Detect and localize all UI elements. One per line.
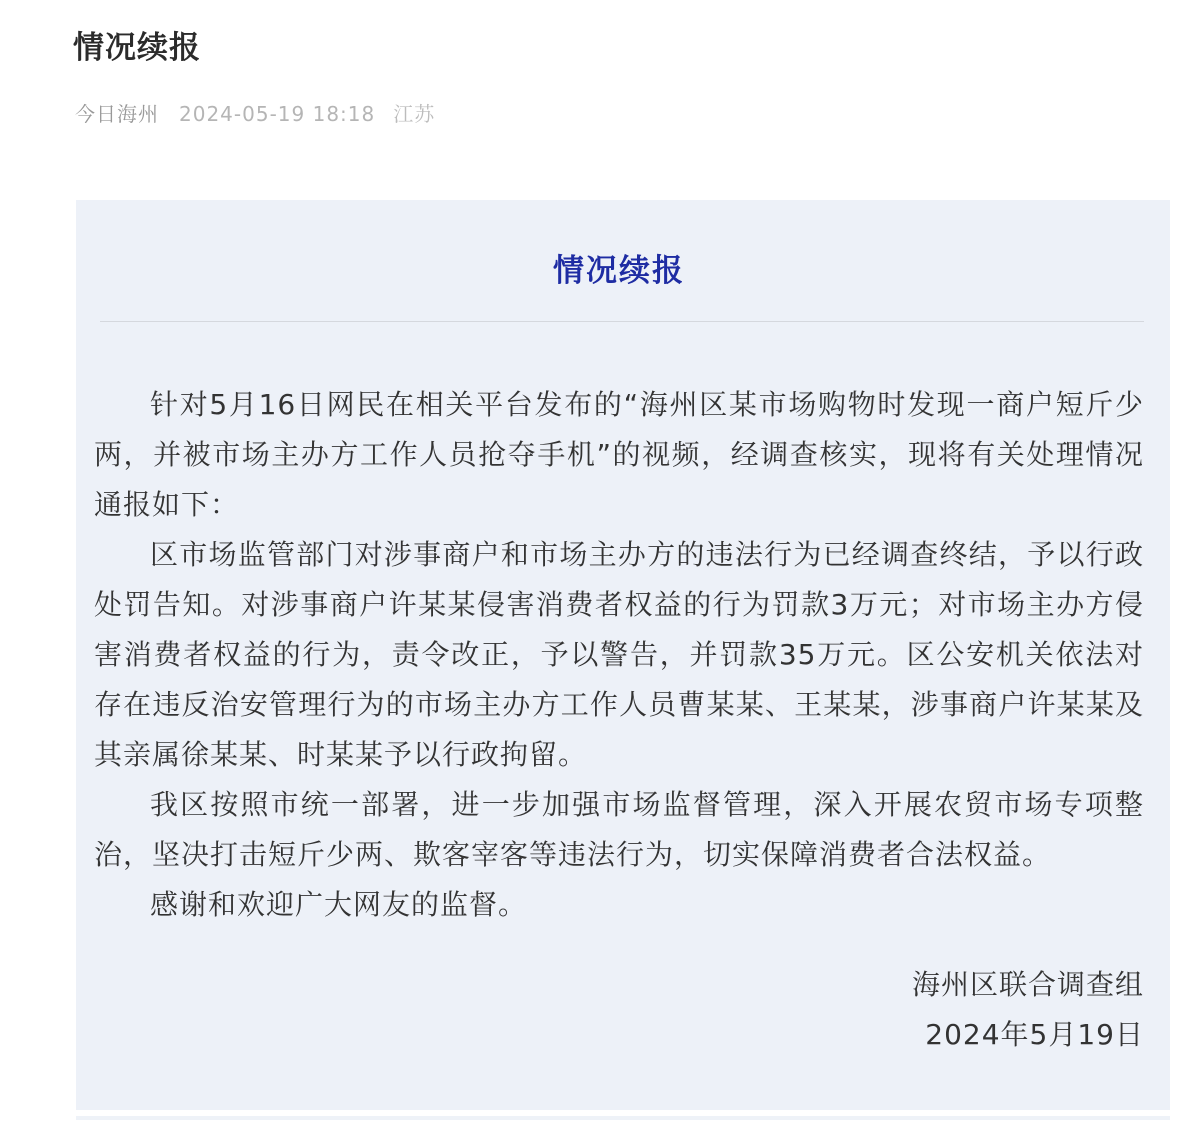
notice-paragraph-2: 区市场监管部门对涉事商户和市场主办方的违法行为已经调查终结，予以行政处罚告知。对…	[94, 530, 1144, 780]
notice-paragraph-3: 我区按照市统一部署，进一步加强市场监督管理，深入开展农贸市场专项整治，坚决打击短…	[94, 780, 1144, 880]
byline-source: 今日海州	[75, 102, 159, 126]
byline-region: 江苏	[393, 102, 435, 126]
signature-org: 海州区联合调查组	[94, 960, 1144, 1010]
notice-title: 情况续报	[94, 250, 1144, 292]
title-divider	[100, 321, 1144, 322]
notice-paragraph-4: 感谢和欢迎广大网友的监督。	[94, 880, 1144, 930]
signature-block: 海州区联合调查组 2024年5月19日	[94, 960, 1144, 1060]
notice-paragraph-1: 针对5月16日网民在相关平台发布的“海州区某市场购物时发现一商户短斤少两，并被市…	[94, 380, 1144, 530]
notice-body: 针对5月16日网民在相关平台发布的“海州区某市场购物时发现一商户短斤少两，并被市…	[94, 380, 1144, 930]
byline: 今日海州2024-05-19 18:18江苏	[75, 103, 1200, 126]
byline-datetime: 2024-05-19 18:18	[179, 102, 375, 126]
signature-date: 2024年5月19日	[94, 1010, 1144, 1060]
page-title: 情况续报	[73, 30, 1200, 67]
next-card-edge	[76, 1116, 1170, 1120]
notice-card: 情况续报 针对5月16日网民在相关平台发布的“海州区某市场购物时发现一商户短斤少…	[76, 200, 1170, 1110]
